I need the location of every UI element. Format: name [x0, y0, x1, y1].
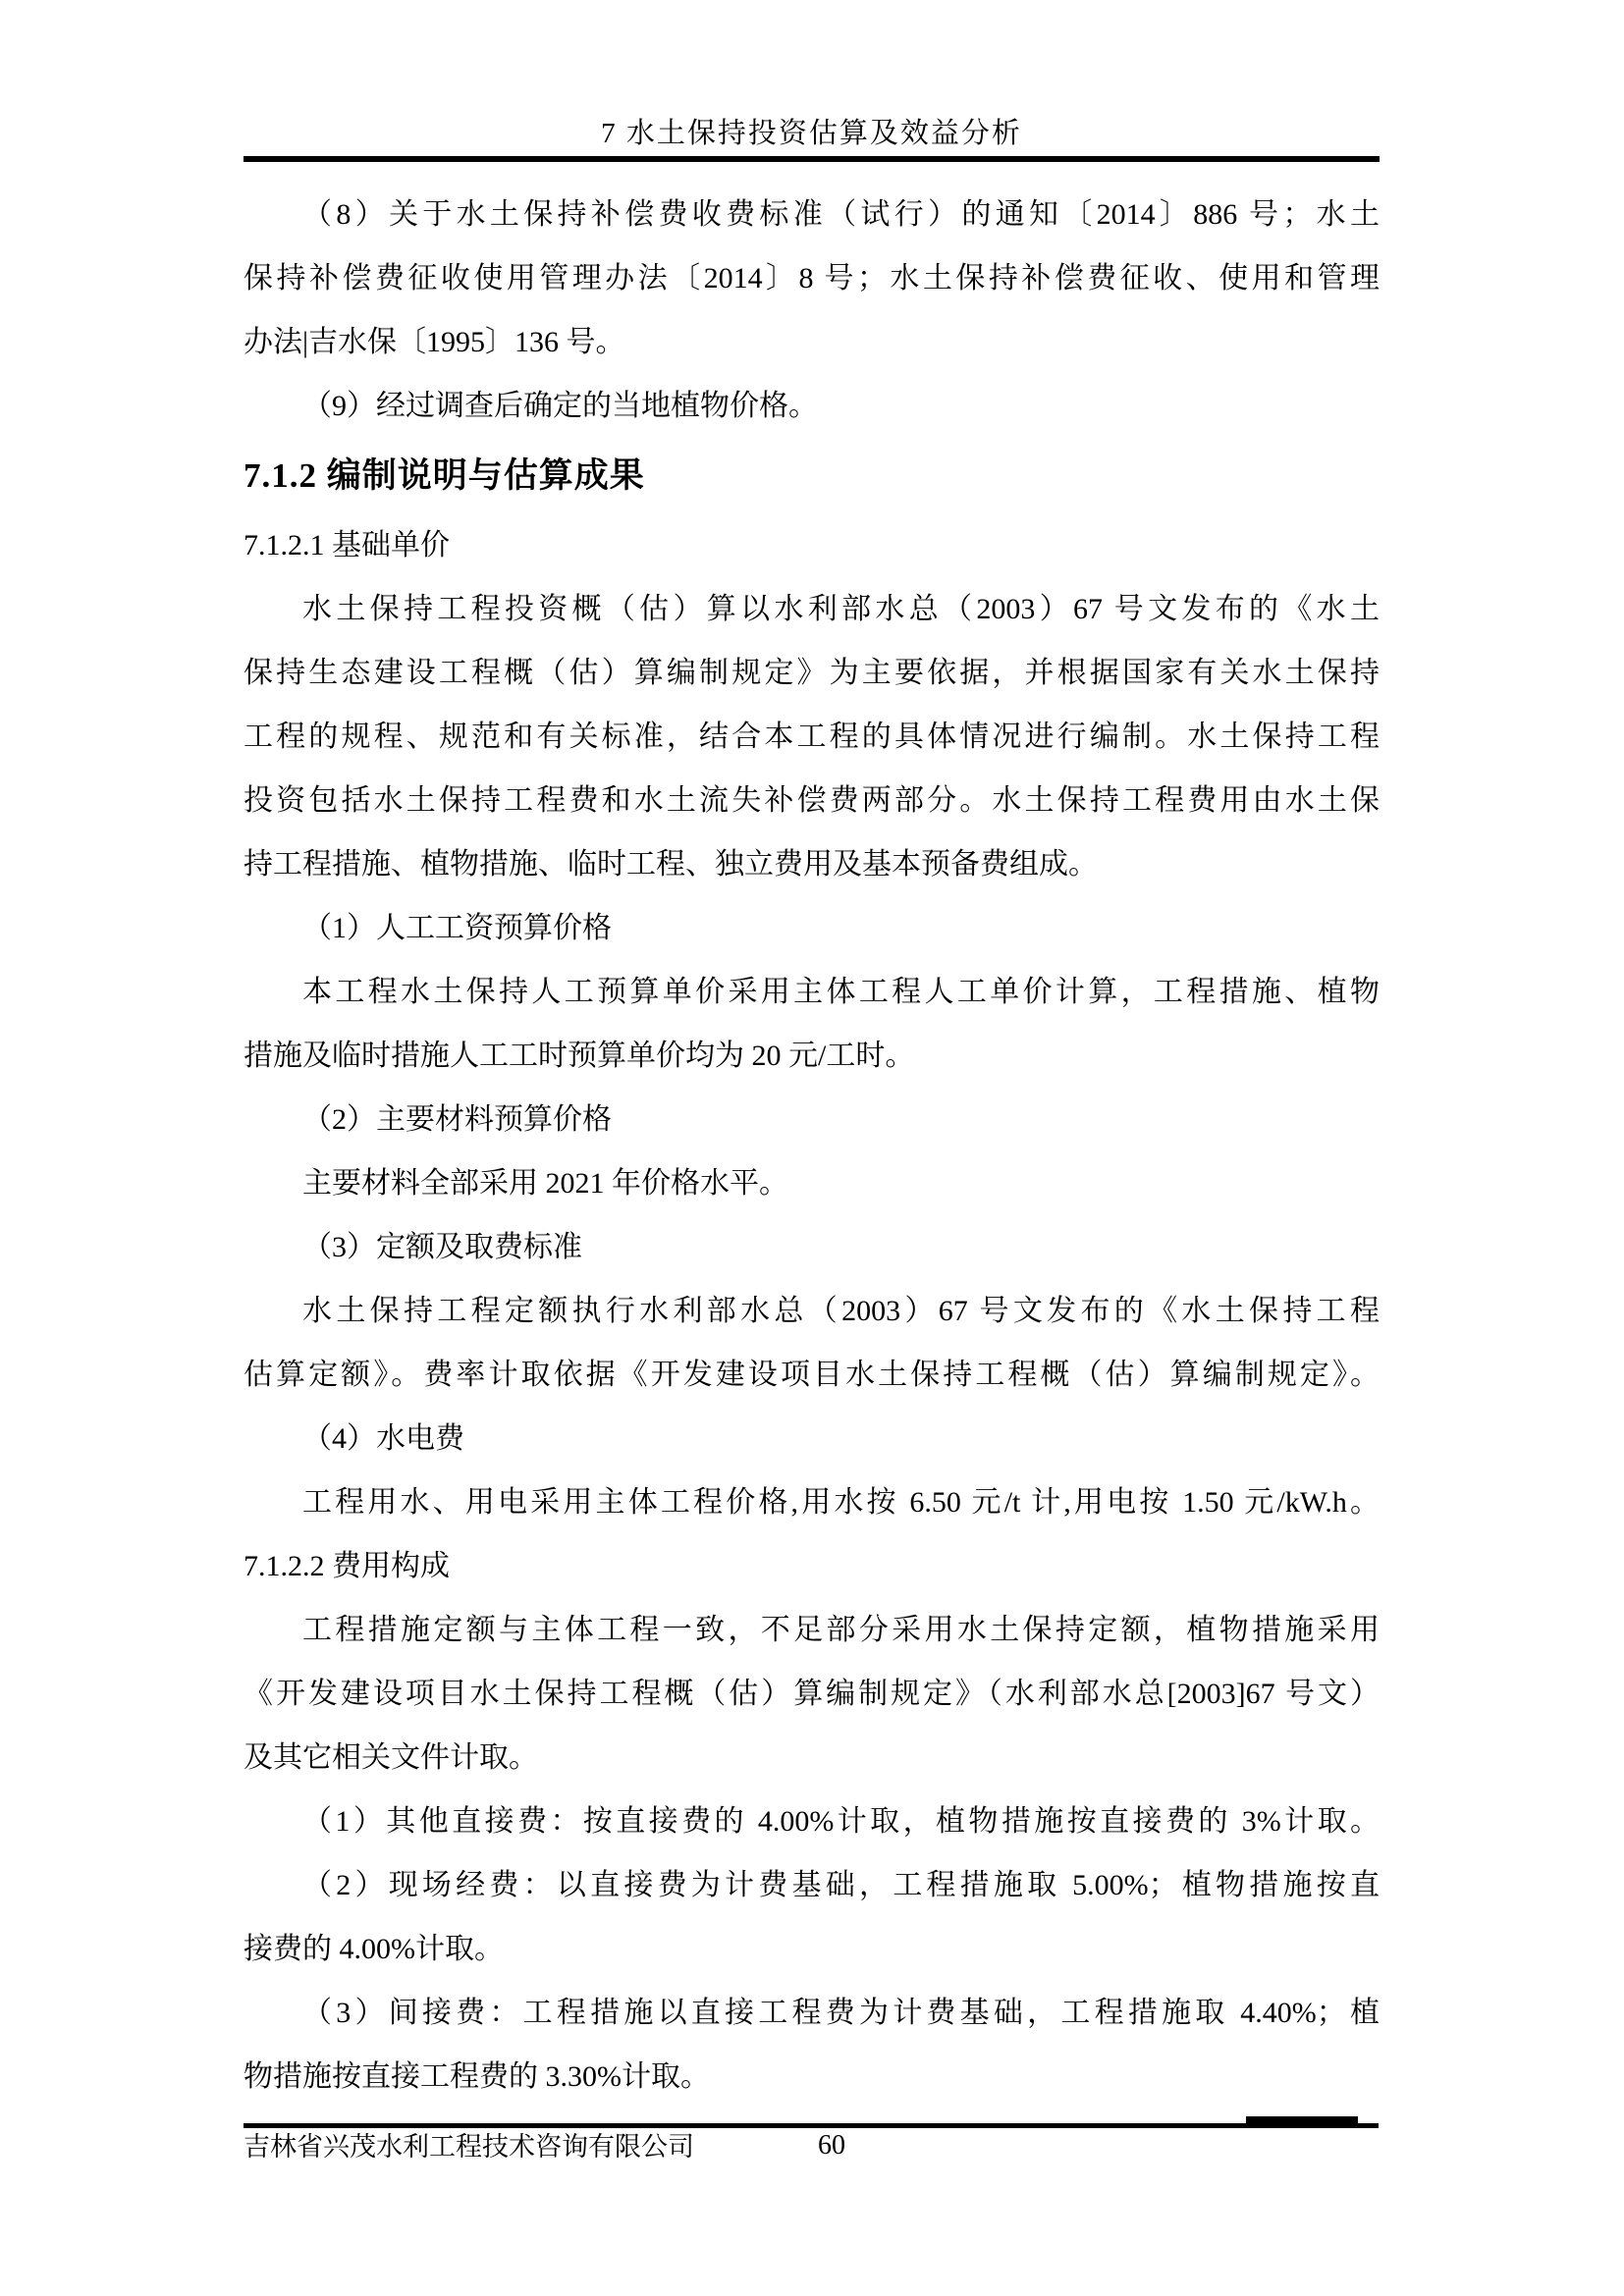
body-line: 水土保持工程投资概（估）算以水利部水总（2003）67 号文发布的《水土 — [244, 577, 1380, 641]
header-rule — [244, 156, 1380, 162]
body-line: 办法|吉水保〔1995〕136 号。 — [244, 310, 1380, 374]
body-line: 措施及临时措施人工工时预算单价均为 20 元/工时。 — [244, 1024, 1380, 1088]
footer-rule-thick-mark — [1246, 2116, 1358, 2126]
document-page: { "colors": { "text": "#000000", "backgr… — [0, 0, 1624, 2296]
body-line: 保持生态建设工程概（估）算编制规定》为主要依据，并根据国家有关水土保持 — [244, 641, 1380, 705]
chapter-header-title: 7 水土保持投资估算及效益分析 — [244, 116, 1380, 151]
body-line: 工程措施定额与主体工程一致，不足部分采用水土保持定额，植物措施采用 — [244, 1598, 1380, 1662]
body-line: 物措施按直接工程费的 3.30%计取。 — [244, 2045, 1380, 2109]
body-line: （2）主要材料预算价格 — [244, 1088, 1380, 1151]
footer-company-name: 吉林省兴茂水利工程技术咨询有限公司 — [244, 2130, 694, 2163]
body-line: 及其它相关文件计取。 — [244, 1726, 1380, 1789]
subsection-heading-7-1-2-2: 7.1.2.2 费用构成 — [244, 1534, 1380, 1598]
body-line: （4）水电费 — [244, 1407, 1380, 1470]
body-line: 接费的 4.00%计取。 — [244, 1917, 1380, 1981]
body-line: 主要材料全部采用 2021 年价格水平。 — [244, 1151, 1380, 1215]
body-line: （8）关于水土保持补偿费收费标准（试行）的通知〔2014〕886 号；水土 — [244, 183, 1380, 246]
page-header: 7 水土保持投资估算及效益分析 — [244, 116, 1380, 162]
body-line: （3）间接费：工程措施以直接工程费为计费基础，工程措施取 4.40%；植 — [244, 1981, 1380, 2045]
footer-page-number: 60 — [818, 2129, 845, 2163]
body-line: 本工程水土保持人工预算单价采用主体工程人工单价计算，工程措施、植物 — [244, 960, 1380, 1024]
body-line: （9）经过调查后确定的当地植物价格。 — [244, 374, 1380, 438]
body-line: （1）其他直接费：按直接费的 4.00%计取，植物措施按直接费的 3%计取。 — [244, 1789, 1380, 1853]
document-body: （8）关于水土保持补偿费收费标准（试行）的通知〔2014〕886 号；水土 保持… — [244, 183, 1380, 2109]
section-heading-7-1-2: 7.1.2 编制说明与估算成果 — [244, 444, 1380, 507]
body-line: 《开发建设项目水土保持工程概（估）算编制规定》（水利部水总[2003]67 号文… — [244, 1662, 1380, 1726]
body-line: （2）现场经费：以直接费为计费基础，工程措施取 5.00%；植物措施按直 — [244, 1853, 1380, 1917]
body-line: 投资包括水土保持工程费和水土流失补偿费两部分。水土保持工程费用由水土保 — [244, 769, 1380, 832]
body-line: （3）定额及取费标准 — [244, 1215, 1380, 1279]
body-line: 水土保持工程定额执行水利部水总（2003）67 号文发布的《水土保持工程 — [244, 1279, 1380, 1343]
body-line: 工程的规程、规范和有关标准，结合本工程的具体情况进行编制。水土保持工程 — [244, 705, 1380, 769]
body-line: 保持补偿费征收使用管理办法〔2014〕8 号；水土保持补偿费征收、使用和管理 — [244, 246, 1380, 310]
subsection-heading-7-1-2-1: 7.1.2.1 基础单价 — [244, 513, 1380, 577]
body-line: 持工程措施、植物措施、临时工程、独立费用及基本预备费组成。 — [244, 832, 1380, 896]
footer-rule — [244, 2123, 1379, 2128]
body-line: （1）人工工资预算价格 — [244, 896, 1380, 960]
body-line: 工程用水、用电采用主体工程价格,用水按 6.50 元/t 计,用电按 1.50 … — [244, 1470, 1380, 1534]
body-line: 估算定额》。费率计取依据《开发建设项目水土保持工程概（估）算编制规定》。 — [244, 1343, 1380, 1407]
